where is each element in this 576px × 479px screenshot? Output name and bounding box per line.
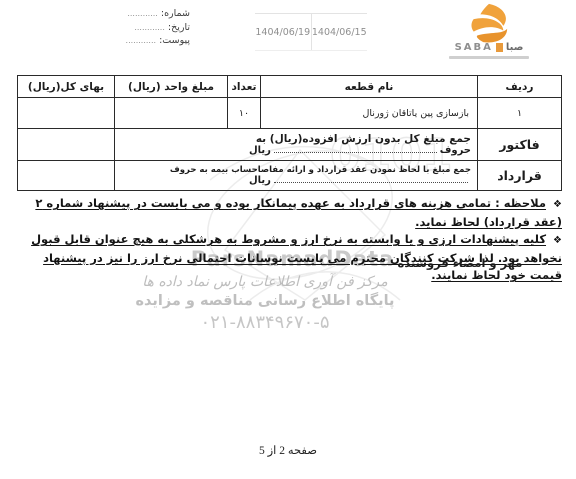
factor-total-empty-cell [18, 129, 115, 161]
pricing-table: ردیف نام قطعه تعداد مبلغ واحد (ریال) بها… [17, 75, 562, 191]
factor-row: فاکتور جمع مبلغ کل بدون ارزش افزوده(ریال… [18, 129, 562, 161]
header-unit-price: مبلغ واحد (ریال) [115, 76, 228, 98]
company-logo: SABA صبا [433, 2, 545, 59]
cell-quantity: ۱۰ [228, 98, 261, 129]
date-cell-1: 1404/06/19 [255, 14, 311, 50]
cell-unit-price [115, 98, 228, 129]
seller-signature-label: مهر و امضاء فروشنده [380, 256, 540, 270]
dotted-leader [274, 152, 437, 153]
meta-date: تاریخ: ............ [126, 21, 190, 35]
contract-rial-label: ریال [249, 175, 271, 186]
contract-amount-cell: جمع مبلغ با لحاظ نمودن عقد قرارداد و ارا… [115, 161, 478, 191]
header-part-name: نام قطعه [261, 76, 478, 98]
logo-text: SABA صبا [433, 42, 545, 53]
contract-total-empty-cell [18, 161, 115, 191]
meta-attachment: پیوست: ............ [126, 34, 190, 48]
contract-label: قرارداد [478, 161, 562, 191]
contract-text: جمع مبلغ با لحاظ نمودن عقد قرارداد و ارا… [121, 165, 471, 175]
logo-farsi-text: صبا [506, 42, 524, 53]
header-radif: ردیف [478, 76, 562, 98]
saba-logo-icon [433, 2, 545, 44]
contract-amount-line: ریال [121, 175, 471, 186]
document-meta: شماره: ............ تاریخ: ............ … [126, 7, 190, 48]
table-row: ۱ بازسازی پین یاتاقان ژورنال ۱۰ [18, 98, 562, 129]
dotted-leader [274, 182, 468, 183]
logo-tagline-bar [449, 56, 529, 59]
header-quantity: تعداد [228, 76, 261, 98]
notes-section: ❖ ملاحظه : تمامی هزینه های قرارداد به عه… [16, 195, 562, 285]
cell-part-name: بازسازی پین یاتاقان ژورنال [261, 98, 478, 129]
factor-amount-line: حروف ریال [121, 145, 471, 156]
watermark-subtitle: پایگاه اطلاع رسانی مناقصه و مزایده [100, 293, 430, 309]
logo-orange-square [496, 43, 503, 52]
factor-text: جمع مبلغ کل بدون ارزش افزوده(ریال) به [121, 133, 471, 145]
date-cell-2: 1404/06/15 [311, 14, 368, 50]
page-number: صفحه 2 از 5 [228, 443, 348, 457]
cell-total-price [18, 98, 115, 129]
note-text: ملاحظه : تمامی هزینه های قرارداد به عهده… [35, 196, 562, 229]
factor-words-label: حروف [440, 145, 471, 156]
factor-amount-cell: جمع مبلغ کل بدون ارزش افزوده(ریال) به حر… [115, 129, 478, 161]
factor-rial-label: ریال [249, 145, 271, 156]
meta-number: شماره: ............ [126, 7, 190, 21]
note-item: ❖ ملاحظه : تمامی هزینه های قرارداد به عه… [16, 195, 562, 231]
factor-label: فاکتور [478, 129, 562, 161]
logo-latin-text: SABA [455, 42, 493, 53]
header-total-price: بهای کل(ریال) [18, 76, 115, 98]
diamond-bullet-icon: ❖ [553, 196, 562, 214]
document-page: { "meta": { "items": [ { "label": "شماره… [0, 0, 576, 479]
contract-row: قرارداد جمع مبلغ با لحاظ نمودن عقد قرارد… [18, 161, 562, 191]
cell-radif: ۱ [478, 98, 562, 129]
watermark-phone: ۰۲۱-۸۸۳۴۹۶۷۰-۵ [100, 312, 430, 333]
dates-box: 1404/06/19 1404/06/15 [255, 13, 367, 51]
diamond-bullet-icon: ❖ [553, 232, 562, 250]
table-header-row: ردیف نام قطعه تعداد مبلغ واحد (ریال) بها… [18, 76, 562, 98]
